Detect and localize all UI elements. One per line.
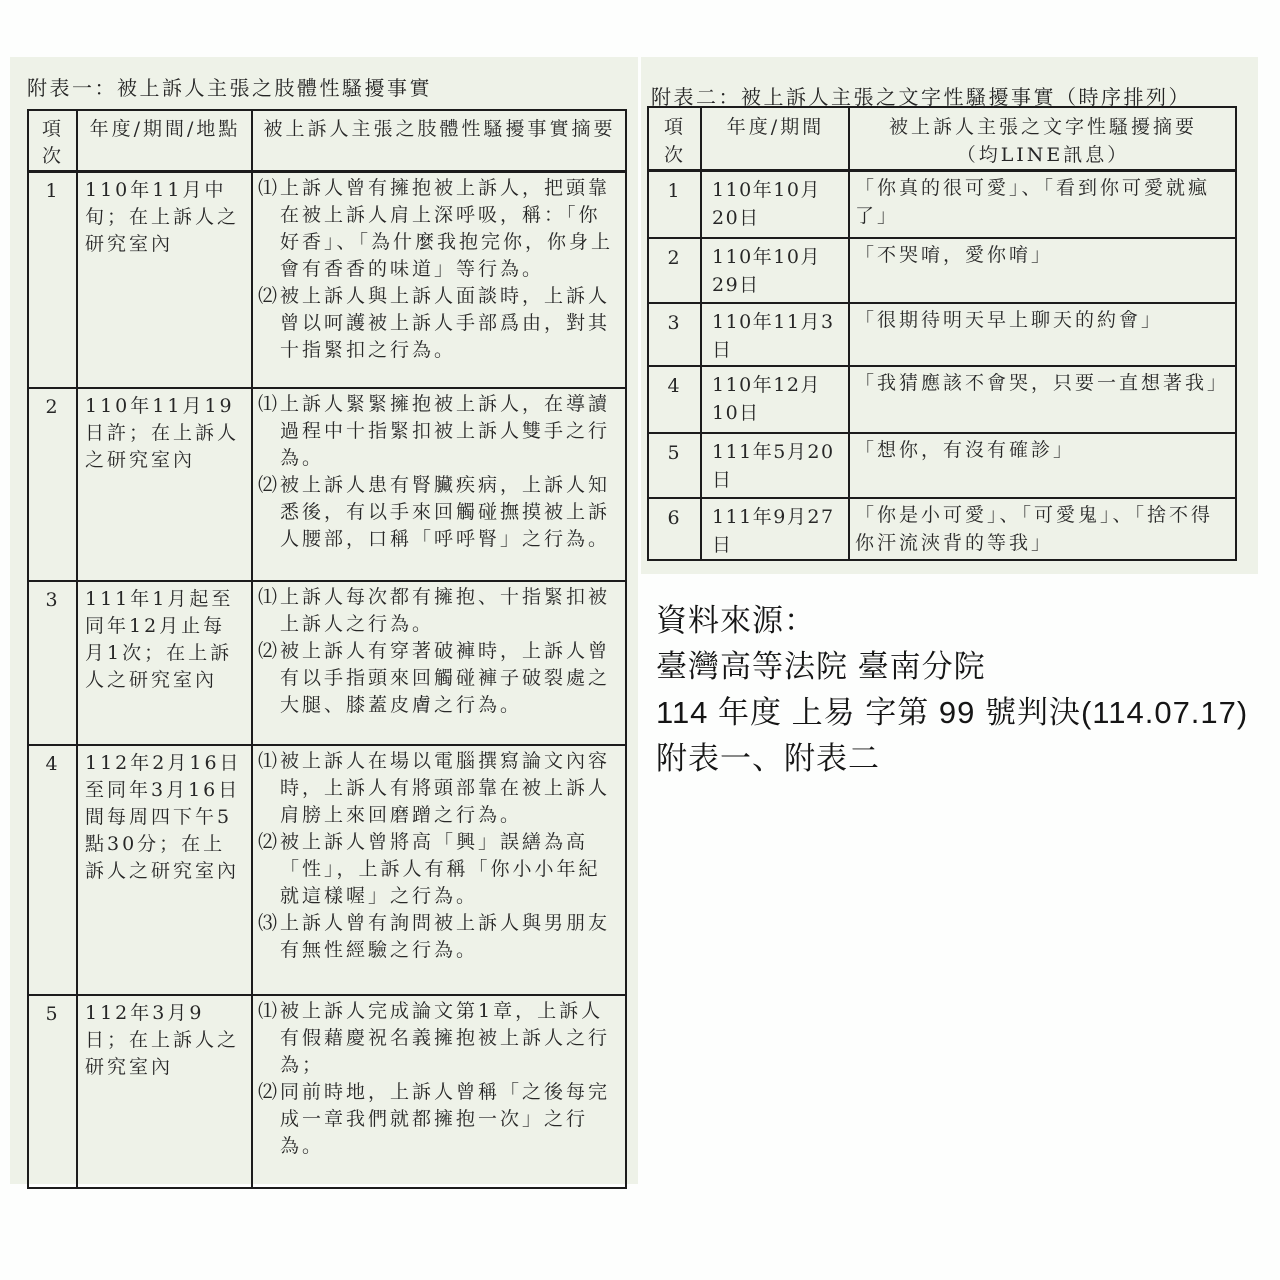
row-no: 5 [28,995,77,1188]
table2-header-summary-line2: （均LINE訊息） [855,141,1231,169]
summary-item: ⑵被上訴人有穿著破褲時，上訴人曾有以手指頭來回觸碰褲子破裂處之大腿、膝蓋皮膚之行… [258,638,622,719]
summary-item: ⑵被上訴人患有腎臟疾病，上訴人知悉後，有以手來回觸碰撫摸被上訴人腰部，口稱「呼呼… [258,472,622,553]
table1-title: 附表一：被上訴人主張之肢體性騷擾事實 [27,72,432,101]
row-period: 112年2月16日至同年3月16日間每周四下午5點30分；在上訴人之研究室內 [77,745,252,995]
row-summary: ⑴上訴人緊緊擁抱被上訴人，在導讀過程中十指緊扣被上訴人雙手之行為。 ⑵被上訴人患… [252,388,626,581]
table1-header-period: 年度/期間/地點 [77,110,252,172]
table2-header-summary-line1: 被上訴人主張之文字性騷擾摘要 [855,113,1231,141]
row-summary: 「我猜應該不會哭，只要一直想著我」 [849,366,1236,433]
summary-item: ⑵被上訴人與上訴人面談時，上訴人曾以呵護被上訴人手部爲由，對其十指緊扣之行為。 [258,283,622,364]
table2-header-period: 年度/期間 [701,107,849,171]
table2-scan-block: 附表二：被上訴人主張之文字性騷擾事實（時序排列） 項次 年度/期間 被上訴人主張… [641,57,1258,574]
table1-row-5: 5 112年3月9日；在上訴人之研究室內 ⑴被上訴人完成論文第1章，上訴人有假藉… [28,995,626,1188]
table1-scan-block: 附表一：被上訴人主張之肢體性騷擾事實 項次 年度/期間/地點 被上訴人主張之肢體… [10,57,638,1184]
row-no: 5 [648,433,701,498]
row-period: 112年3月9日；在上訴人之研究室內 [77,995,252,1188]
row-summary: ⑴被上訴人完成論文第1章，上訴人有假藉慶祝名義擁抱被上訴人之行為； ⑵同前時地，… [252,995,626,1188]
row-period: 110年11月3日 [701,303,849,366]
row-no: 3 [28,581,77,745]
table2-row-3: 3 110年11月3日 「很期待明天早上聊天的約會」 [648,303,1236,366]
table2-row-5: 5 111年5月20日 「想你，有沒有確診」 [648,433,1236,498]
row-period: 110年12月10日 [701,366,849,433]
row-period: 110年11月中旬；在上訴人之研究室內 [77,172,252,388]
table1-row-1: 1 110年11月中旬；在上訴人之研究室內 ⑴上訴人曾有擁抱被上訴人，把頭靠在被… [28,172,626,388]
summary-item: ⑴上訴人緊緊擁抱被上訴人，在導讀過程中十指緊扣被上訴人雙手之行為。 [258,391,622,472]
table2-header-no: 項次 [648,107,701,171]
summary-item: ⑴上訴人每次都有擁抱、十指緊扣被上訴人之行為。 [258,584,622,638]
summary-item: ⑶上訴人曾有詢問被上訴人與男朋友有無性經驗之行為。 [258,910,622,964]
table1-row-2: 2 110年11月19日許；在上訴人之研究室內 ⑴上訴人緊緊擁抱被上訴人，在導讀… [28,388,626,581]
table2-header-summary: 被上訴人主張之文字性騷擾摘要 （均LINE訊息） [849,107,1236,171]
row-no: 3 [648,303,701,366]
table2-row-4: 4 110年12月10日 「我猜應該不會哭，只要一直想著我」 [648,366,1236,433]
row-summary: 「你真的很可愛」、「看到你可愛就瘋了」 [849,171,1236,238]
row-no: 6 [648,498,701,560]
row-period: 111年1月起至同年12月止每月1次；在上訴人之研究室內 [77,581,252,745]
row-period: 110年11月19日許；在上訴人之研究室內 [77,388,252,581]
row-period: 111年9月27日 [701,498,849,560]
row-no: 1 [648,171,701,238]
table2-row-6: 6 111年9月27日 「你是小可愛」、「可愛鬼」、「捨不得你汗流浹背的等我」 [648,498,1236,560]
table1-header-row: 項次 年度/期間/地點 被上訴人主張之肢體性騷擾事實摘要 [28,110,626,172]
row-no: 4 [28,745,77,995]
row-no: 2 [648,238,701,303]
row-summary: 「想你，有沒有確診」 [849,433,1236,498]
row-summary: ⑴被上訴人在場以電腦撰寫論文內容時，上訴人有將頭部靠在被上訴人肩膀上來回磨蹭之行… [252,745,626,995]
row-period: 110年10月20日 [701,171,849,238]
row-period: 111年5月20日 [701,433,849,498]
summary-item: ⑵同前時地，上訴人曾稱「之後每完成一章我們就都擁抱一次」之行為。 [258,1079,622,1160]
table1-header-summary: 被上訴人主張之肢體性騷擾事實摘要 [252,110,626,172]
row-summary: 「你是小可愛」、「可愛鬼」、「捨不得你汗流浹背的等我」 [849,498,1236,560]
table1: 項次 年度/期間/地點 被上訴人主張之肢體性騷擾事實摘要 1 110年11月中旬… [27,109,627,1189]
source-citation: 資料來源： 臺灣高等法院 臺南分院 114 年度 上易 字第 99 號判決(11… [656,598,1248,782]
row-summary: 「不哭唷，愛你唷」 [849,238,1236,303]
table2-row-2: 2 110年10月29日 「不哭唷，愛你唷」 [648,238,1236,303]
row-summary: ⑴上訴人曾有擁抱被上訴人，把頭靠在被上訴人肩上深呼吸，稱：「你好香」、「為什麼我… [252,172,626,388]
summary-item: ⑴被上訴人完成論文第1章，上訴人有假藉慶祝名義擁抱被上訴人之行為； [258,998,622,1079]
row-no: 1 [28,172,77,388]
summary-item: ⑴上訴人曾有擁抱被上訴人，把頭靠在被上訴人肩上深呼吸，稱：「你好香」、「為什麼我… [258,175,622,283]
row-no: 2 [28,388,77,581]
table1-row-4: 4 112年2月16日至同年3月16日間每周四下午5點30分；在上訴人之研究室內… [28,745,626,995]
row-no: 4 [648,366,701,433]
row-summary: ⑴上訴人每次都有擁抱、十指緊扣被上訴人之行為。 ⑵被上訴人有穿著破褲時，上訴人曾… [252,581,626,745]
summary-item: ⑴被上訴人在場以電腦撰寫論文內容時，上訴人有將頭部靠在被上訴人肩膀上來回磨蹭之行… [258,748,622,829]
table1-header-no: 項次 [28,110,77,172]
summary-item: ⑵被上訴人曾將高「興」誤繕為高「性」，上訴人有稱「你小小年紀就這樣喔」之行為。 [258,829,622,910]
table2: 項次 年度/期間 被上訴人主張之文字性騷擾摘要 （均LINE訊息） 1 110年… [647,106,1237,561]
table1-row-3: 3 111年1月起至同年12月止每月1次；在上訴人之研究室內 ⑴上訴人每次都有擁… [28,581,626,745]
source-line-1: 資料來源： [656,598,1248,644]
source-line-4: 附表一、附表二 [656,736,1248,782]
source-line-3: 114 年度 上易 字第 99 號判決(114.07.17) [656,690,1248,736]
table2-header-row: 項次 年度/期間 被上訴人主張之文字性騷擾摘要 （均LINE訊息） [648,107,1236,171]
table2-row-1: 1 110年10月20日 「你真的很可愛」、「看到你可愛就瘋了」 [648,171,1236,238]
row-summary: 「很期待明天早上聊天的約會」 [849,303,1236,366]
row-period: 110年10月29日 [701,238,849,303]
source-line-2: 臺灣高等法院 臺南分院 [656,644,1248,690]
